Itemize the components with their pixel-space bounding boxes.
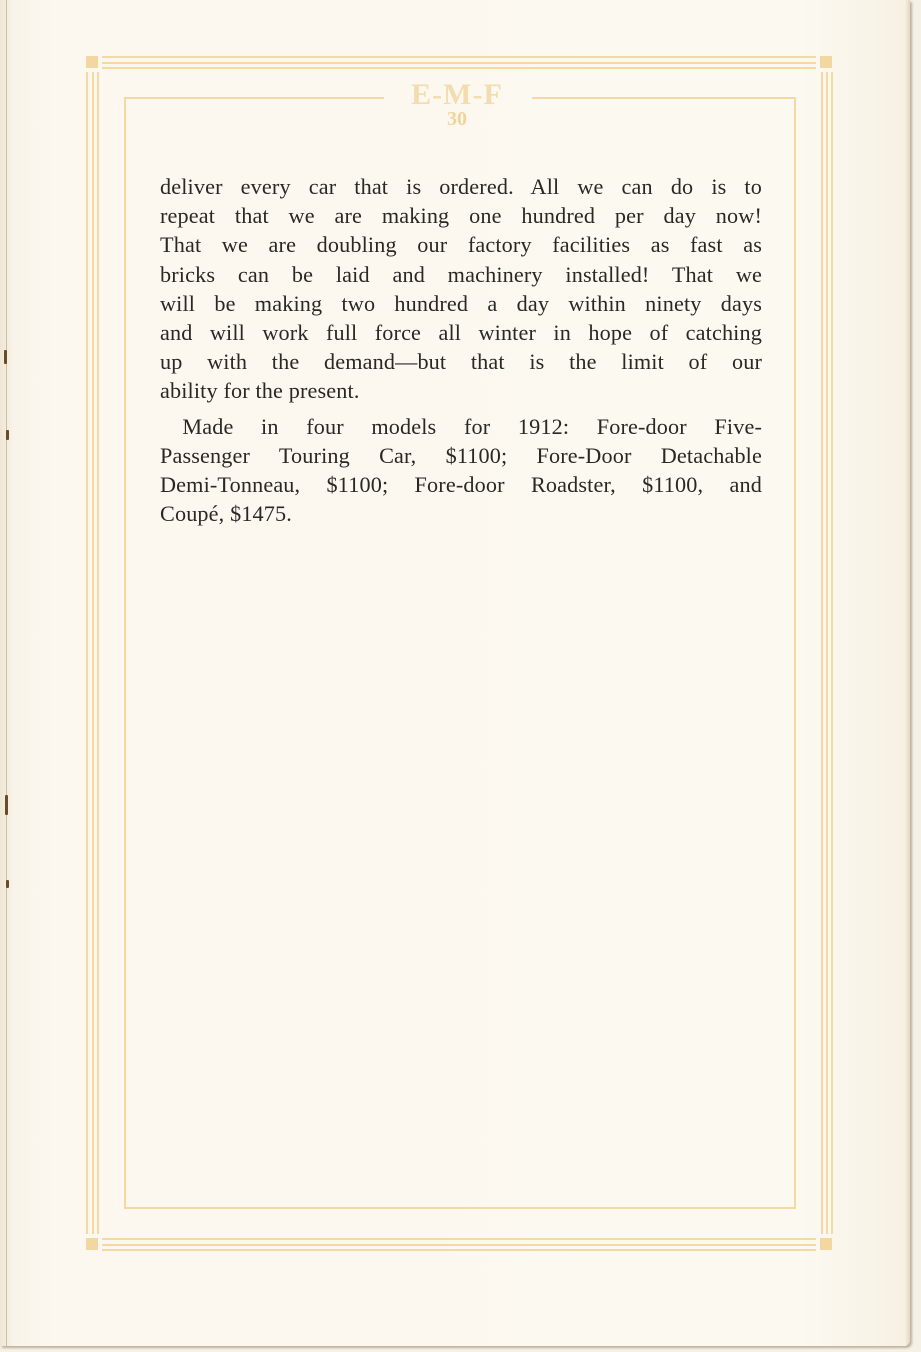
border-line [102,62,816,64]
paragraph-2-models: Made in four models for 1912: Fore-door … [160,412,762,529]
logo-letters: E-M-F [392,80,522,110]
emf-30-logo: E-M-F 30 [392,80,522,132]
text-line: repeat that we are making one hundred pe… [160,201,762,230]
logo-number: 30 [392,110,522,128]
border-line [102,67,816,69]
body-text: deliver every car that is ordered. All w… [160,172,762,528]
text-line: up with the demand—but that is the limit… [160,347,762,376]
text-line: will be making two hundred a day within … [160,289,762,318]
corner-ornament-top-left [86,56,98,68]
border-line [831,72,833,1234]
binding-mark [5,795,8,815]
corner-ornament-bottom-right [820,1238,832,1250]
border-line [102,1249,816,1251]
inner-border-top-left-segment [124,97,384,99]
text-line: Made in four models for 1912: Fore-door … [160,412,762,441]
paragraph-1: deliver every car that is ordered. All w… [160,172,762,406]
text-line: That we are doubling our factory facilit… [160,230,762,259]
border-line [826,72,828,1234]
page-spine-edge [6,0,7,1346]
border-line [97,72,99,1234]
border-line [102,1238,816,1240]
corner-ornament-bottom-left [86,1238,98,1250]
border-line [92,72,94,1234]
text-line: Coupé, $1475. [160,499,762,528]
inner-border-top-right-segment [532,97,794,99]
text-line: bricks can be laid and machinery install… [160,260,762,289]
text-line: ability for the present. [160,376,762,405]
binding-mark [6,430,9,440]
binding-mark [6,880,9,888]
border-line [86,72,88,1234]
border-line [102,56,816,58]
border-line [821,72,823,1234]
binding-mark [4,350,7,364]
text-line: and will work full force all winter in h… [160,318,762,347]
text-line: deliver every car that is ordered. All w… [160,172,762,201]
border-line [102,1244,816,1246]
text-line: Passenger Touring Car, $1100; Fore-Door … [160,441,762,470]
corner-ornament-top-right [820,56,832,68]
text-line: Demi-Tonneau, $1100; Fore-door Roadster,… [160,470,762,499]
